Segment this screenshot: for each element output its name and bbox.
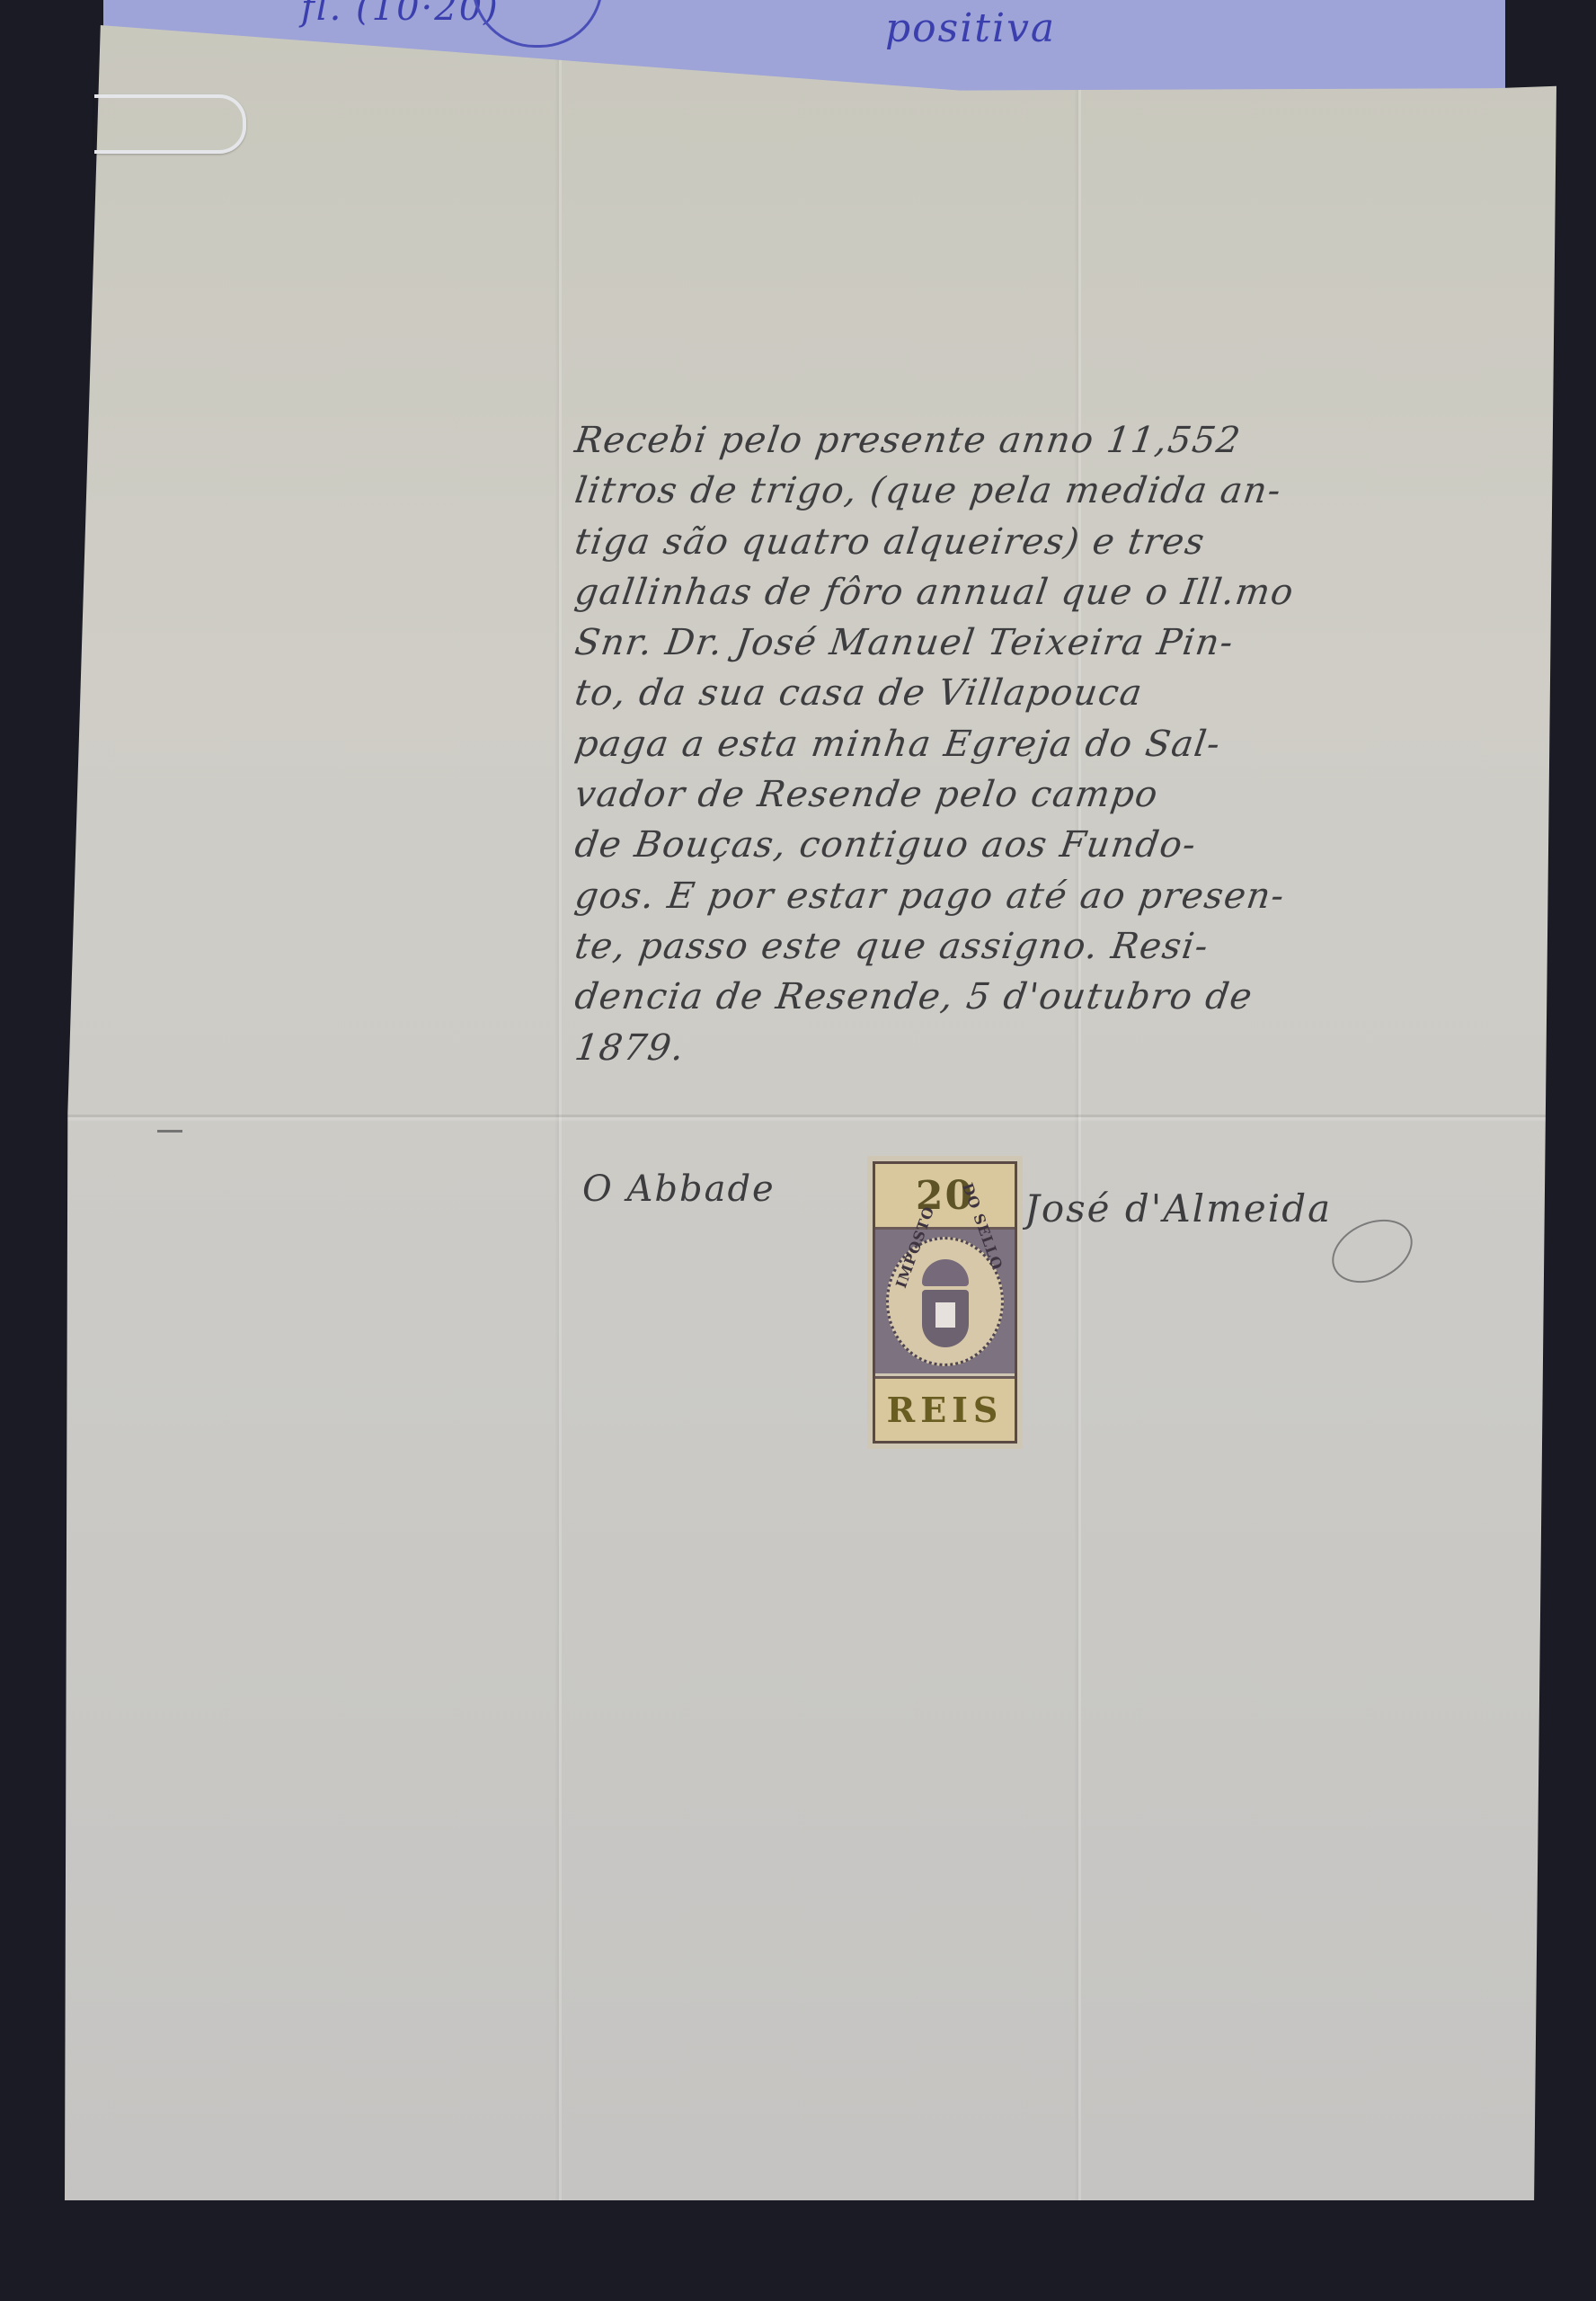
crown-icon (922, 1259, 969, 1286)
receipt-line: paga a esta minha Egreja do Sal- (572, 719, 1576, 769)
note-fragment-left: fl. (10·20) (301, 0, 500, 29)
stamp-unit-panel: REIS (875, 1376, 1015, 1441)
signature-name: José d'Almeida (1024, 1186, 1332, 1230)
coat-of-arms-icon (922, 1290, 969, 1347)
paperclip-icon (94, 94, 246, 154)
note-circle-mark (472, 0, 603, 48)
receipt-line: to, da sua casa de Villapouca (572, 668, 1576, 718)
receipt-date-year: 1879. (572, 1023, 1576, 1073)
revenue-stamp: 20 IMPOSTO DO SELLO REIS (867, 1156, 1023, 1449)
note-fragment-right: positiva (885, 5, 1056, 51)
vertical-fold-left (559, 25, 562, 2200)
stamp-center-panel: IMPOSTO DO SELLO (875, 1230, 1015, 1373)
receipt-line: Snr. Dr. José Manuel Teixeira Pin- (572, 617, 1576, 668)
shield-quinas-icon (935, 1302, 955, 1328)
stamp-oval: IMPOSTO DO SELLO (886, 1237, 1004, 1366)
receipt-line: gos. E por estar pago até ao presen- (572, 871, 1576, 921)
receipt-line: de Bouças, contiguo aos Fundo- (572, 820, 1576, 870)
document-paper (65, 25, 1556, 2200)
margin-mark (157, 1130, 182, 1133)
vertical-fold-right (1078, 25, 1081, 2200)
receipt-line: te, passo este que assigno. Resi- (572, 921, 1576, 972)
signature-title: O Abbade (582, 1168, 776, 1210)
horizontal-fold (65, 1115, 1556, 1117)
receipt-line: litros de trigo, (que pela medida an- (572, 466, 1576, 516)
stamp-value-panel: 20 (875, 1164, 1015, 1230)
receipt-line: Recebi pelo presente anno 11,552 (572, 415, 1576, 466)
receipt-line: dencia de Resende, 5 d'outubro de (572, 972, 1576, 1022)
receipt-line: vador de Resende pelo campo (572, 769, 1576, 820)
receipt-body: Recebi pelo presente anno 11,552 litros … (575, 415, 1573, 1073)
stamp-unit: REIS (887, 1390, 1004, 1430)
receipt-line: tiga são quatro alqueires) e tres (572, 517, 1576, 567)
receipt-line: gallinhas de fôro annual que o Ill.mo (572, 567, 1576, 617)
